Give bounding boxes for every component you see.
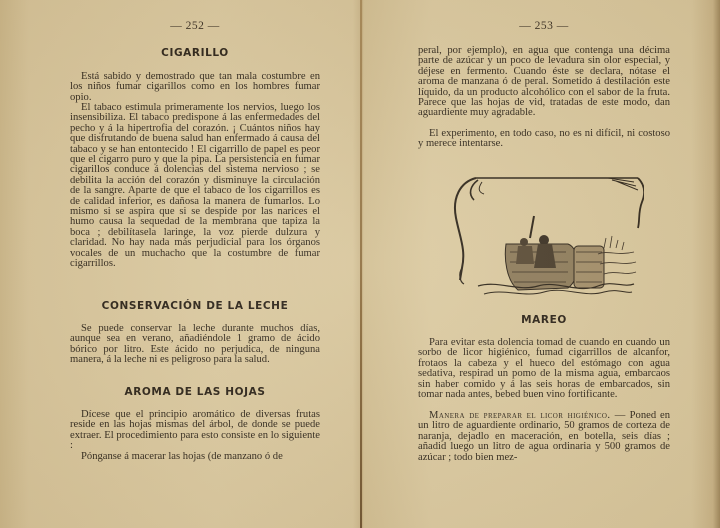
heading-aroma-hojas: AROMA DE LAS HOJAS bbox=[70, 386, 320, 398]
paragraph: El experimento, en todo caso, no es ni d… bbox=[418, 129, 670, 150]
paragraph: Manera de preparar el licor higiénico. —… bbox=[418, 411, 670, 463]
heading-conservacion-leche: CONSERVACIÓN DE LA LECHE bbox=[70, 300, 320, 312]
page-number-left: — 252 — bbox=[70, 20, 320, 32]
page-number-right: — 253 — bbox=[418, 20, 670, 32]
paragraph: Se puede conservar la leche durante much… bbox=[70, 324, 320, 366]
left-page: — 252 — CIGARILLO Está sabido y demostra… bbox=[70, 0, 320, 528]
book-gutter bbox=[360, 0, 362, 528]
book-spread: — 252 — CIGARILLO Está sabido y demostra… bbox=[0, 0, 720, 528]
heading-mareo: MAREO bbox=[418, 314, 670, 326]
boat-engraving-illustration bbox=[448, 168, 644, 298]
paragraph: El tabaco estimula primeramente los nerv… bbox=[70, 103, 320, 270]
paragraph: Dícese que el principio aromático de div… bbox=[70, 410, 320, 452]
paragraph: peral, por ejemplo), en agua que conteng… bbox=[418, 46, 670, 119]
subsection-lead: Manera de preparar el licor higiénico. — bbox=[429, 410, 626, 421]
heading-cigarillo: CIGARILLO bbox=[70, 47, 320, 59]
paragraph: Está sabido y demostrado que tan mala co… bbox=[70, 72, 320, 103]
paragraph: Pónganse á macerar las hojas (de manzano… bbox=[70, 452, 320, 462]
paragraph: Para evitar esta dolencia tomad de cuand… bbox=[418, 338, 670, 400]
